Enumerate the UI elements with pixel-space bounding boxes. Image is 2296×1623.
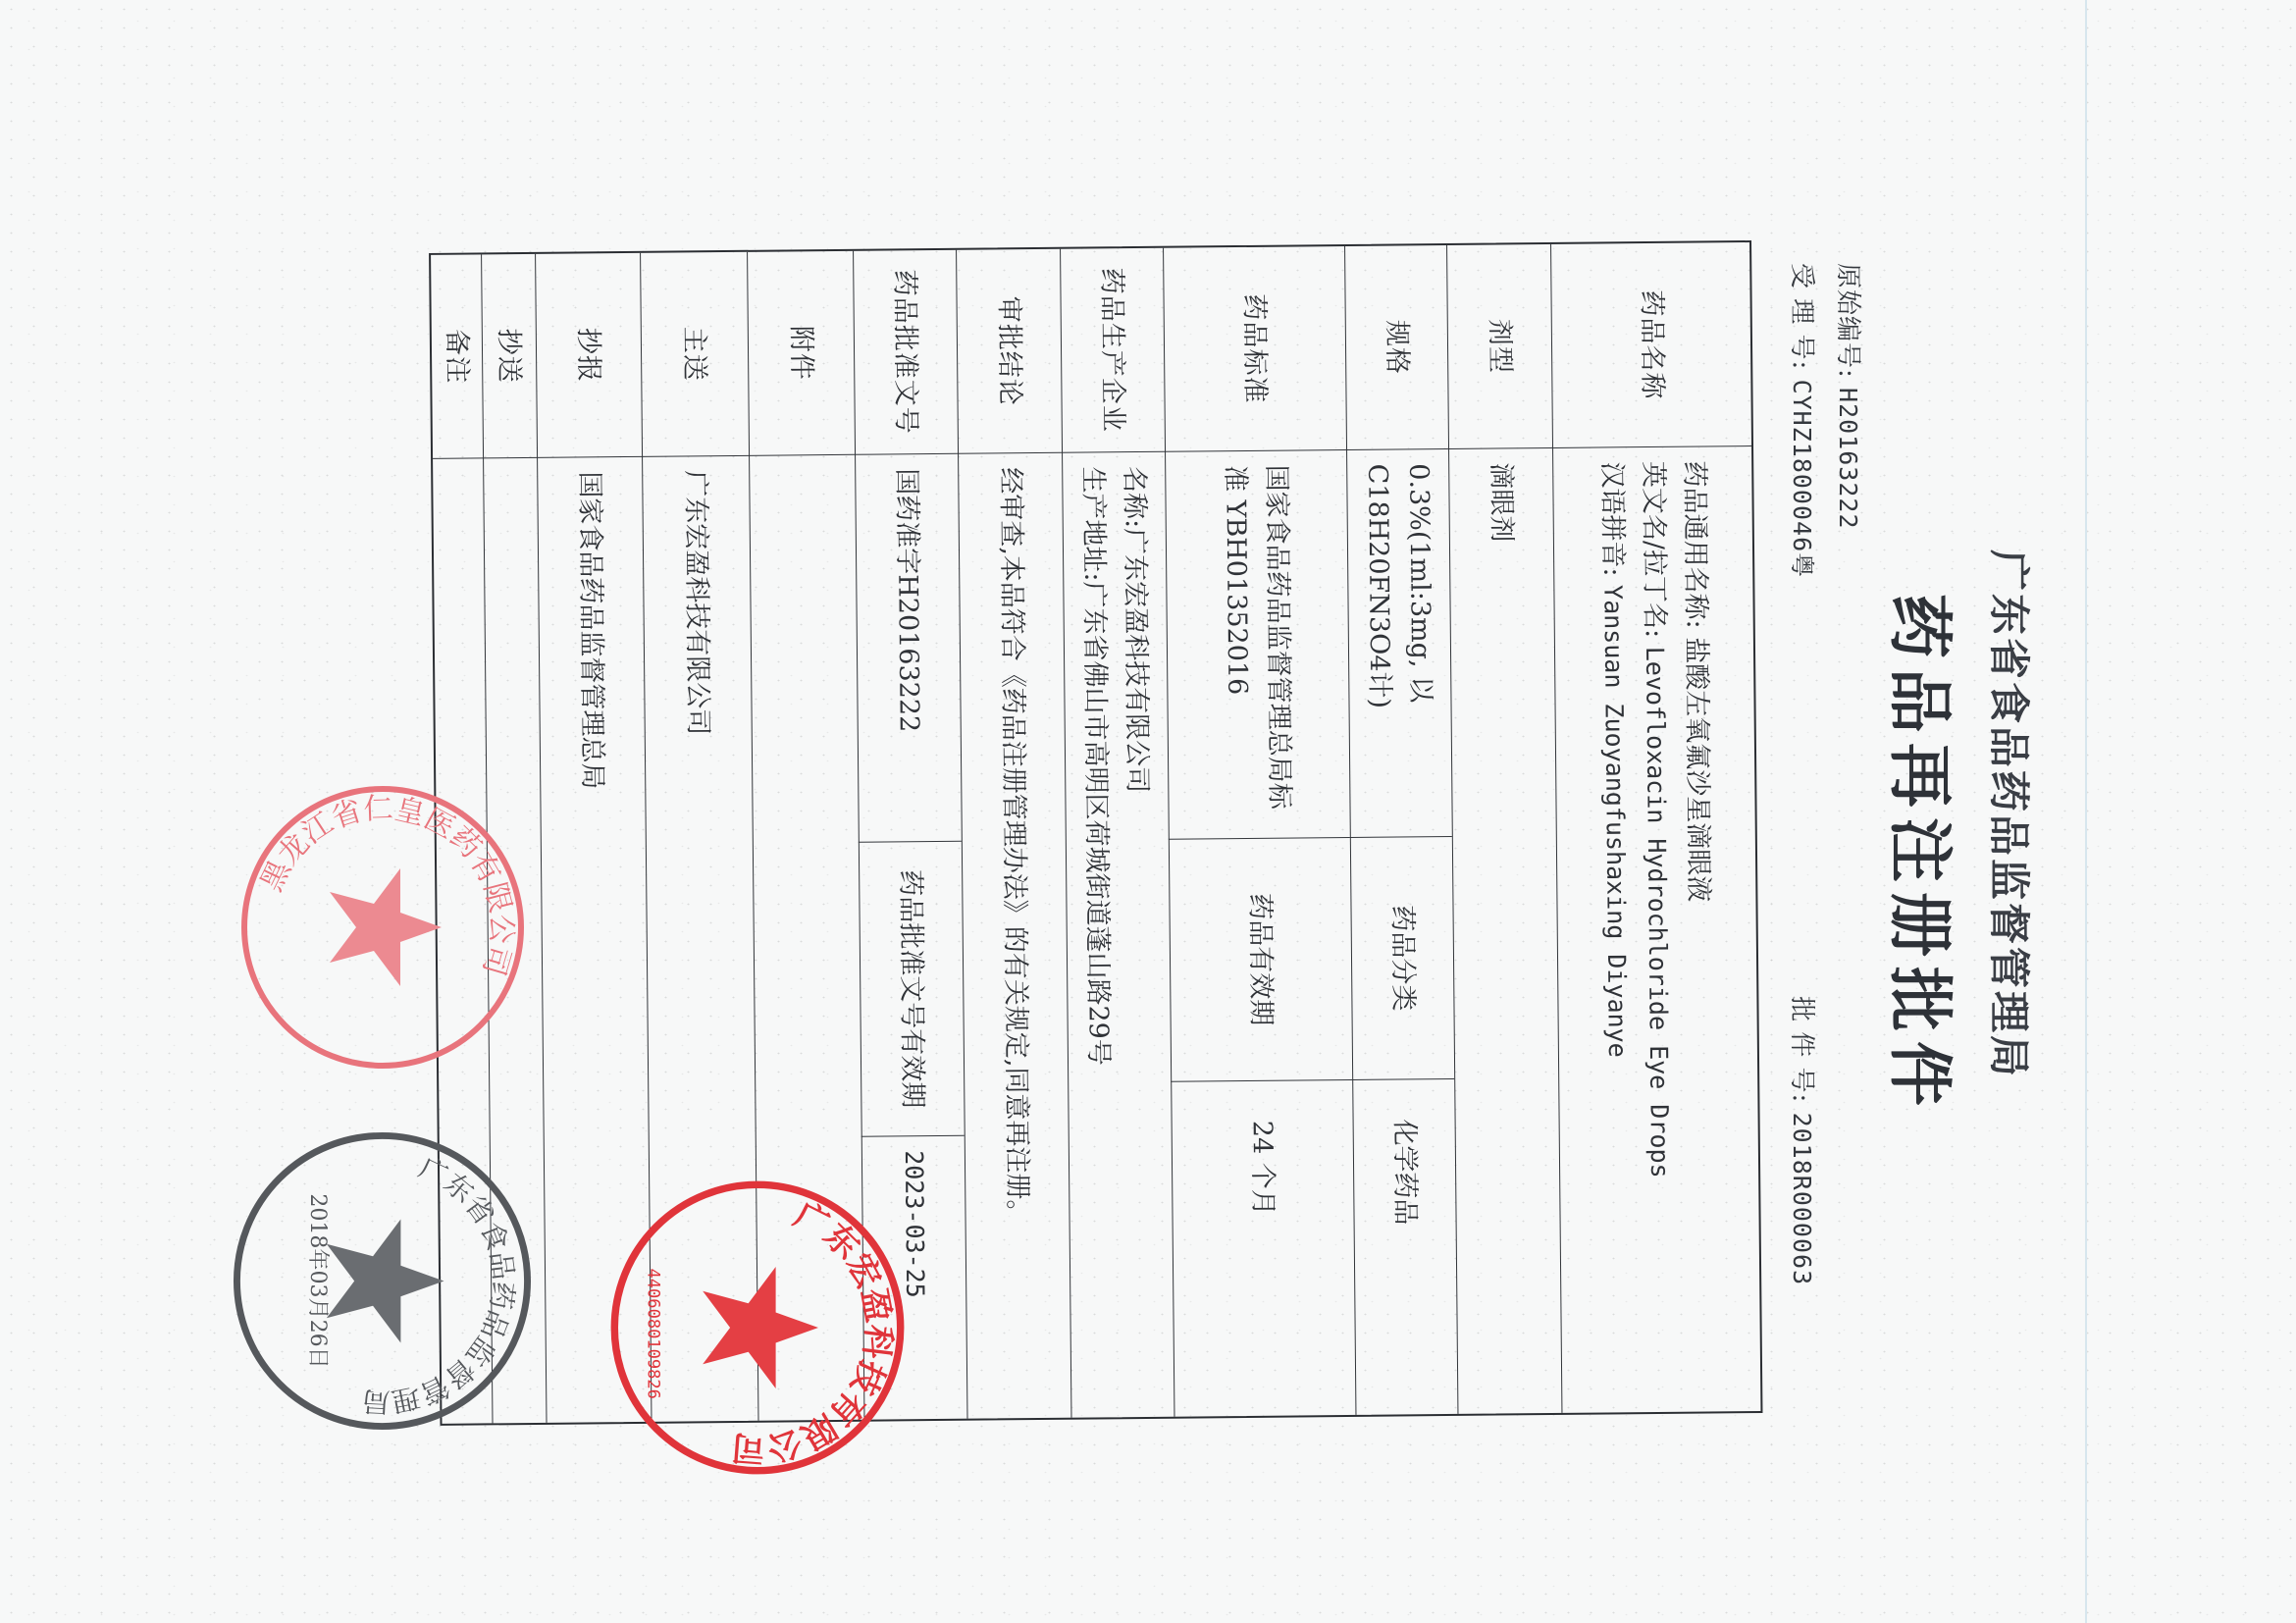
generic-name: 盐酸左氧氟沙星滴眼液 <box>1681 637 1714 902</box>
row-conclusion: 审批结论 经审查,本品符合《药品注册管理办法》的有关规定,同意再注册。 <box>956 249 1071 1419</box>
label-copy-to: 抄送 <box>481 254 537 459</box>
pinyin-label: 汉语拼音: <box>1596 461 1628 576</box>
english-name: Levofloxacin Hydrochloride Eye Drops <box>1641 647 1674 1178</box>
hongying-stamp: 广东宏盈科技有限公司 4406080109826 <box>600 1176 914 1480</box>
row-specification: 规格 0.3%(1ml:3mg, 以C18H20FN3O4计) 药品分类 化学药… <box>1344 245 1458 1415</box>
value-drug-name: 药品通用名称: 盐酸左氧氟沙星滴眼液 英文名/拉丁名: Levofloxacin… <box>1553 446 1760 1413</box>
seal-icon: 广东省食品药品监督管理局 2018年03月26日 <box>228 1117 537 1445</box>
label-conclusion: 审批结论 <box>956 249 1062 454</box>
value-drug-category: 化学药品 <box>1352 1079 1457 1415</box>
label-approval-doc-no: 药品批准文号 <box>853 250 958 455</box>
original-number-label: 原始编号: <box>1833 263 1862 379</box>
value-standard: 国家食品药品监督管理总局标准 YBH01352016 <box>1165 450 1350 840</box>
label-drug-category: 药品分类 <box>1350 837 1454 1080</box>
original-number-value: H20163222 <box>1834 388 1862 529</box>
value-validity: 24 个月 <box>1171 1080 1355 1417</box>
label-attachment: 附件 <box>747 251 855 456</box>
pinyin-name: Yansuan Zuoyangfushaxing Diyanye <box>1598 585 1632 1058</box>
label-main-recipient: 主送 <box>640 252 749 457</box>
value-specification: 0.3%(1ml:3mg, 以C18H20FN3O4计) <box>1346 449 1452 838</box>
approval-number: 批 件 号: 2018R000063 <box>1786 996 1822 1285</box>
row-standard: 药品标准 国家食品药品监督管理总局标准 YBH01352016 药品有效期 24… <box>1163 246 1356 1417</box>
seal-icon: 广东宏盈科技有限公司 4406080109826 <box>600 1176 914 1480</box>
label-validity: 药品有效期 <box>1169 838 1352 1082</box>
original-number: 原始编号: H20163222 <box>1832 263 1868 530</box>
value-approval-doc-no: 国药准字H20163222 <box>855 454 962 843</box>
approval-number-value: 2018R000063 <box>1788 1113 1816 1286</box>
label-drug-name: 药品名称 <box>1551 242 1751 448</box>
english-name-label: 英文名/拉丁名: <box>1638 461 1670 638</box>
document-title: 药品再注册批件 <box>1879 594 1972 1116</box>
label-standard: 药品标准 <box>1163 246 1346 452</box>
label-dosage-form: 剂型 <box>1446 244 1552 449</box>
seal-icon: 黑龙江省仁皇医药有限公司 <box>231 780 535 1074</box>
row-dosage-form: 剂型 滴眼剂 <box>1446 244 1562 1414</box>
row-drug-name: 药品名称 药品通用名称: 盐酸左氧氟沙星滴眼液 英文名/拉丁名: Levoflo… <box>1551 242 1760 1413</box>
acceptance-number: 受 理 号: CYHZ1800046粤 <box>1786 263 1822 578</box>
acceptance-number-label: 受 理 号: <box>1787 263 1816 370</box>
row-manufacturer: 药品生产企业 名称:广东宏盈科技有限公司 生产地址:广东省佛山市高明区荷城街道蓬… <box>1060 248 1174 1418</box>
svg-text:2018年03月26日: 2018年03月26日 <box>305 1193 330 1368</box>
label-specification: 规格 <box>1344 245 1448 450</box>
manufacturer-name-label: 名称: <box>1120 466 1151 528</box>
manufacturer-name: 广东宏盈科技有限公司 <box>1120 528 1153 793</box>
value-manufacturer: 名称:广东宏盈科技有限公司 生产地址:广东省佛山市高明区荷城街道蓬山路29号 <box>1062 452 1174 1418</box>
label-remarks: 备注 <box>431 254 483 458</box>
value-conclusion: 经审查,本品符合《药品注册管理办法》的有关规定,同意再注册。 <box>958 453 1070 1419</box>
label-approval-doc-validity: 药品批准文号有效期 <box>859 842 965 1137</box>
heilongjiang-stamp: 黑龙江省仁皇医药有限公司 <box>231 780 535 1074</box>
label-report-to: 抄报 <box>535 253 642 458</box>
value-dosage-form: 滴眼剂 <box>1448 448 1561 1414</box>
gd-fda-stamp: 广东省食品药品监督管理局 2018年03月26日 <box>228 1117 537 1445</box>
acceptance-number-value: CYHZ1800046粤 <box>1788 380 1816 579</box>
approval-number-label: 批 件 号: <box>1787 996 1816 1103</box>
svg-text:4406080109826: 4406080109826 <box>643 1269 662 1399</box>
manufacturer-address: 广东省佛山市高明区荷城街道蓬山路29号 <box>1079 581 1115 1066</box>
issuing-agency: 广东省食品药品监督管理局 <box>1982 550 2041 1079</box>
generic-name-label: 药品通用名称: <box>1679 460 1711 628</box>
label-manufacturer: 药品生产企业 <box>1060 248 1165 453</box>
manufacturer-address-label: 生产地址: <box>1078 466 1110 581</box>
